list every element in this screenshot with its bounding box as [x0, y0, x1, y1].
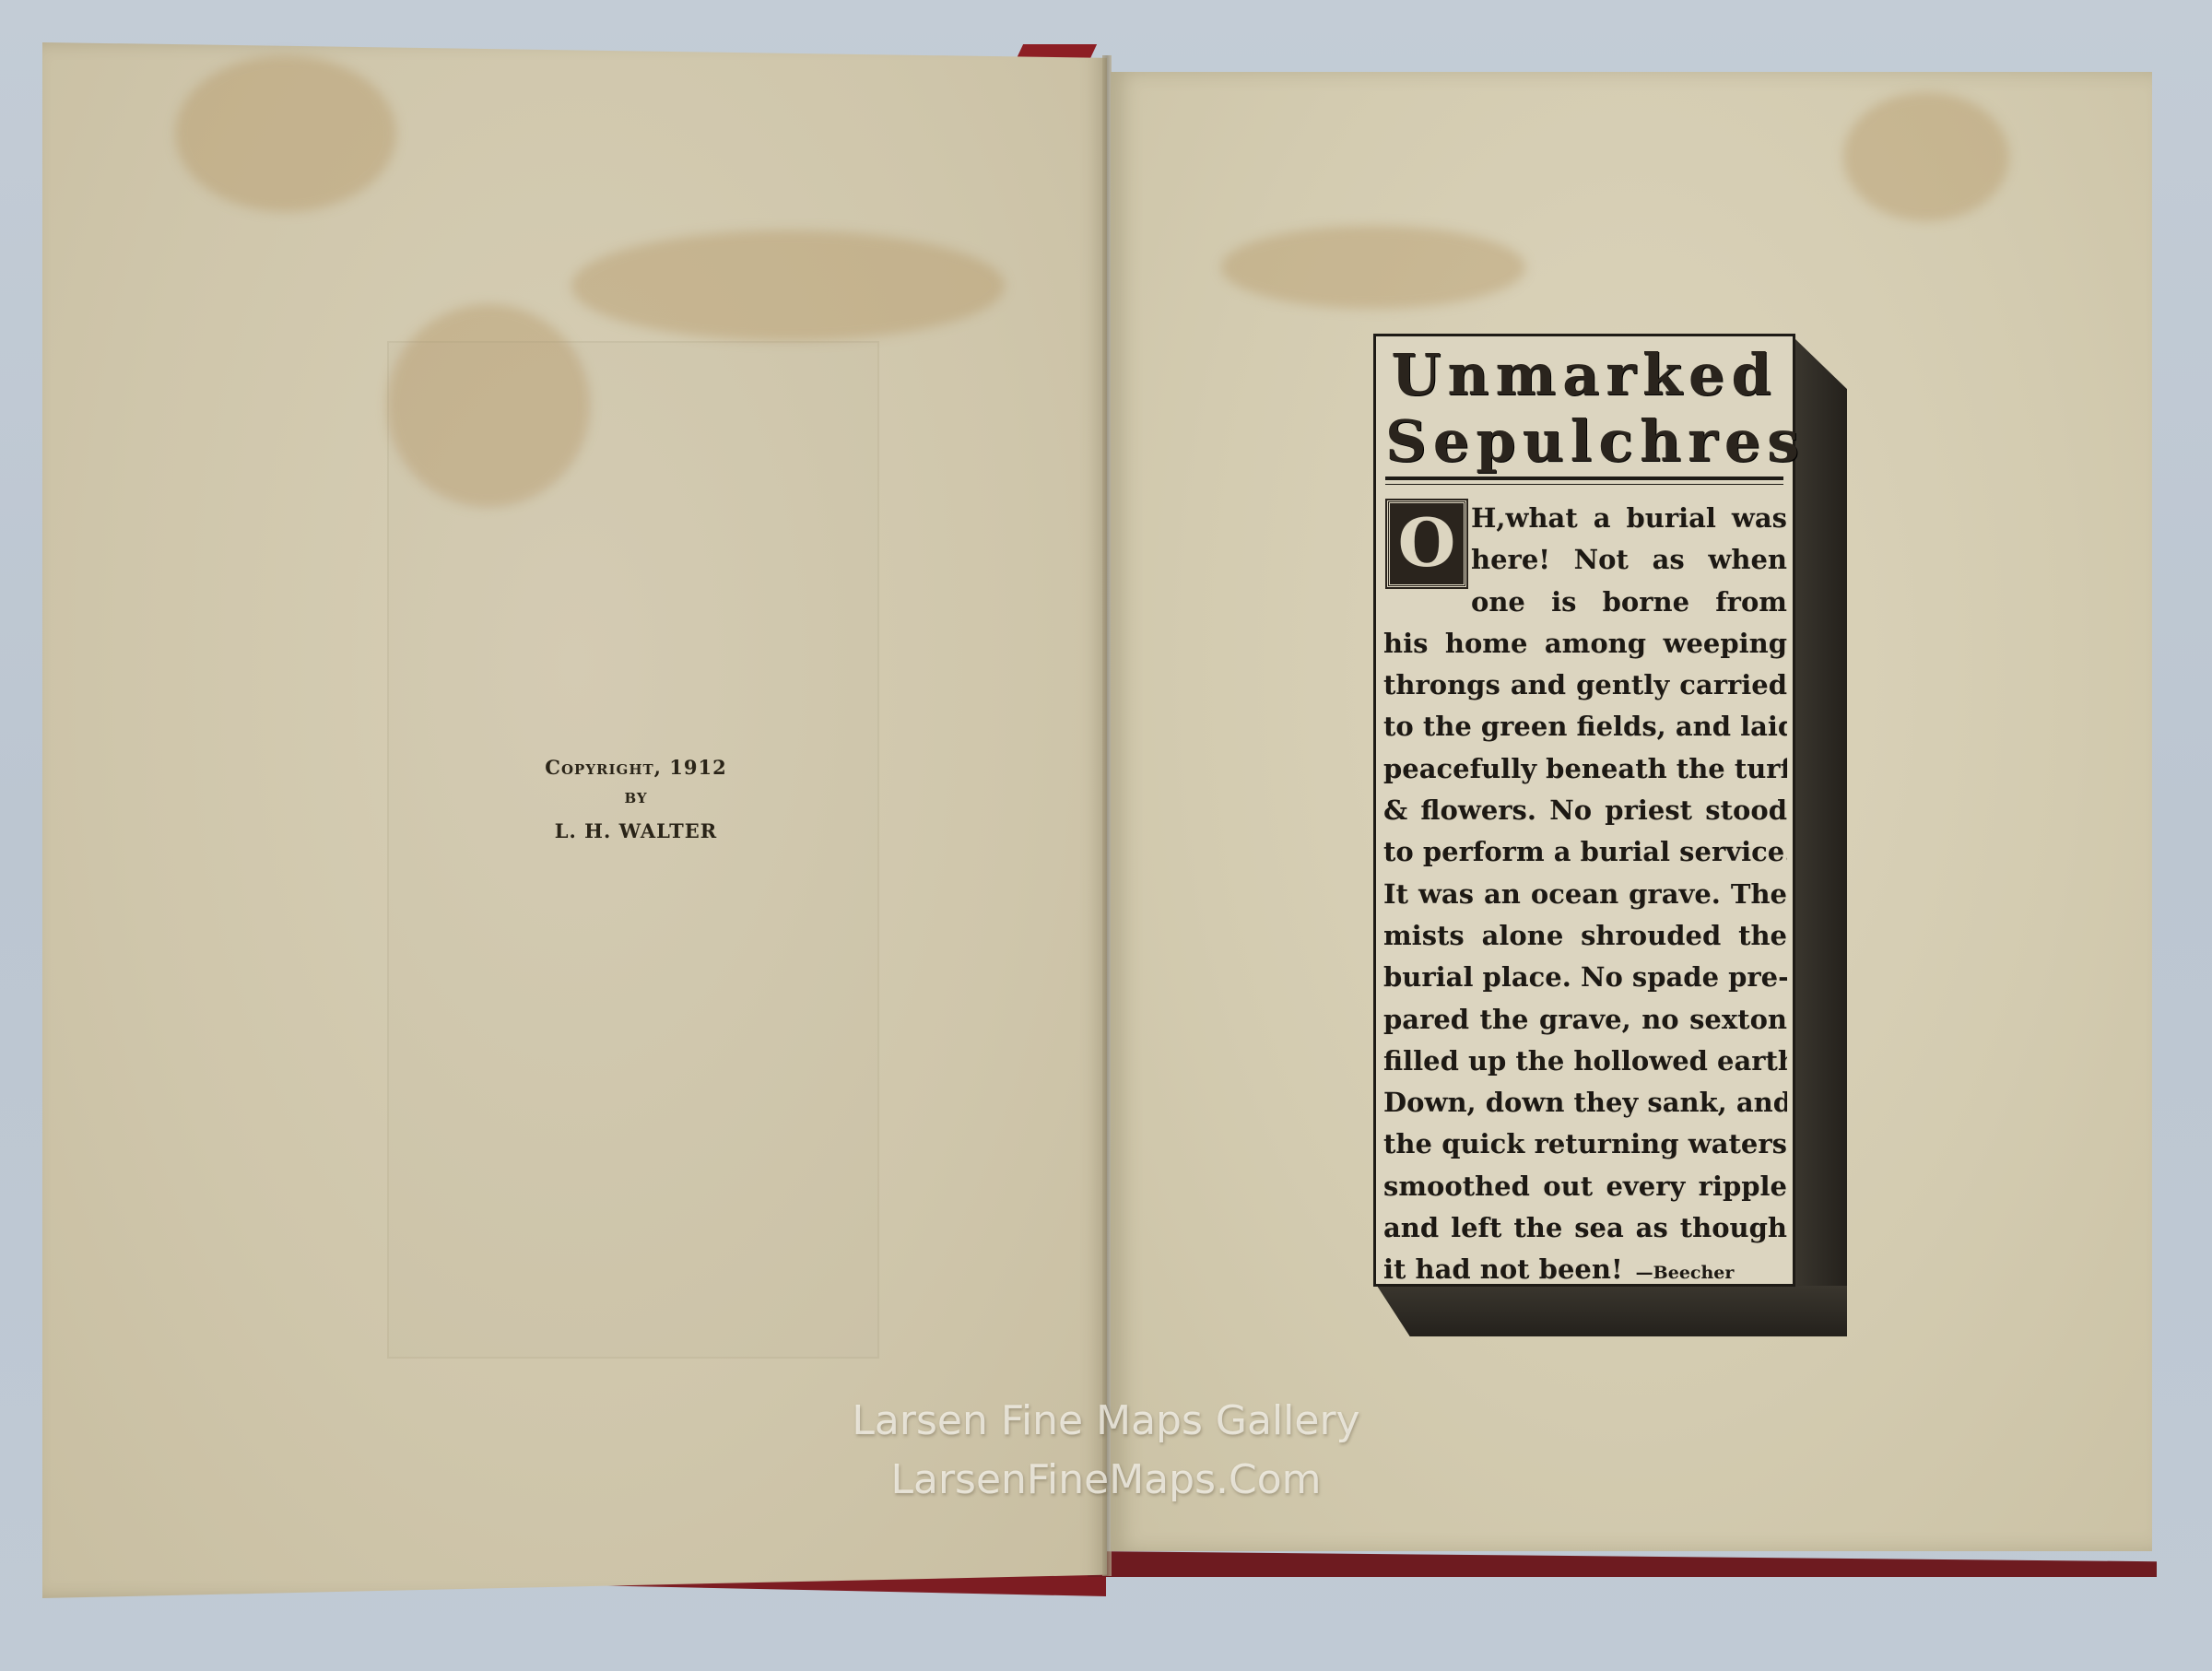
panel-shadow-bottom — [1377, 1286, 1847, 1336]
text-line: smoothed out every ripple — [1383, 1166, 1787, 1207]
text-line: filled up the hollowed earth. — [1383, 1041, 1787, 1082]
panel-shadow-right — [1795, 339, 1847, 1336]
title-rule — [1385, 477, 1783, 480]
show-through-text — [387, 341, 879, 1359]
final-line-text: it had not been! — [1383, 1253, 1623, 1285]
poem-panel: Unmarked Sepulchres O H,what a burial wa… — [1373, 334, 1795, 1287]
text-line: H,what a burial was — [1383, 498, 1787, 539]
water-stain — [1221, 226, 1525, 309]
text-line: here! Not as when — [1383, 539, 1787, 581]
attribution: —Beecher — [1636, 1263, 1735, 1283]
copyright-notice: Copyright, 1912 BY L. H. WALTER — [498, 756, 774, 842]
book-cover-edge-bottom-right — [1088, 1551, 2157, 1577]
text-line: pared the grave, no sexton — [1383, 999, 1787, 1041]
copyright-line: Copyright, 1912 — [498, 756, 774, 779]
panel-title-line1: Unmarked — [1385, 342, 1783, 408]
text-line: and left the sea as though — [1383, 1207, 1787, 1249]
water-stain — [175, 55, 396, 212]
text-line: the quick returning waters — [1383, 1124, 1787, 1165]
panel-title: Unmarked Sepulchres — [1385, 342, 1783, 475]
panel-title-line2: Sepulchres — [1385, 408, 1783, 475]
text-line-final: it had not been!—Beecher — [1383, 1249, 1787, 1290]
text-line: Down, down they sank, and — [1383, 1082, 1787, 1124]
text-line: to the green fields, and laid — [1383, 706, 1787, 747]
text-line: throngs and gently carried — [1383, 665, 1787, 706]
watermark-line1: Larsen Fine Maps Gallery — [774, 1392, 1438, 1451]
text-line: mists alone shrouded the — [1383, 915, 1787, 957]
watermark: Larsen Fine Maps Gallery LarsenFineMaps.… — [774, 1392, 1438, 1510]
text-line: & flowers. No priest stood — [1383, 790, 1787, 831]
text-line: to perform a burial service. — [1383, 831, 1787, 873]
copyright-author: L. H. WALTER — [498, 819, 774, 842]
copyright-by: BY — [498, 790, 774, 806]
text-line: his home among weeping — [1383, 623, 1787, 665]
water-stain — [571, 230, 1005, 341]
passage-text: H,what a burial was here! Not as when on… — [1383, 498, 1787, 1291]
text-line: peacefully beneath the turf — [1383, 748, 1787, 790]
watermark-line2: LarsenFineMaps.Com — [774, 1451, 1438, 1510]
text-line: one is borne from — [1383, 582, 1787, 623]
text-line: It was an ocean grave. The — [1383, 874, 1787, 915]
text-line: burial place. No spade pre- — [1383, 957, 1787, 998]
water-stain — [1843, 92, 2009, 221]
title-rule-thin — [1385, 484, 1783, 485]
